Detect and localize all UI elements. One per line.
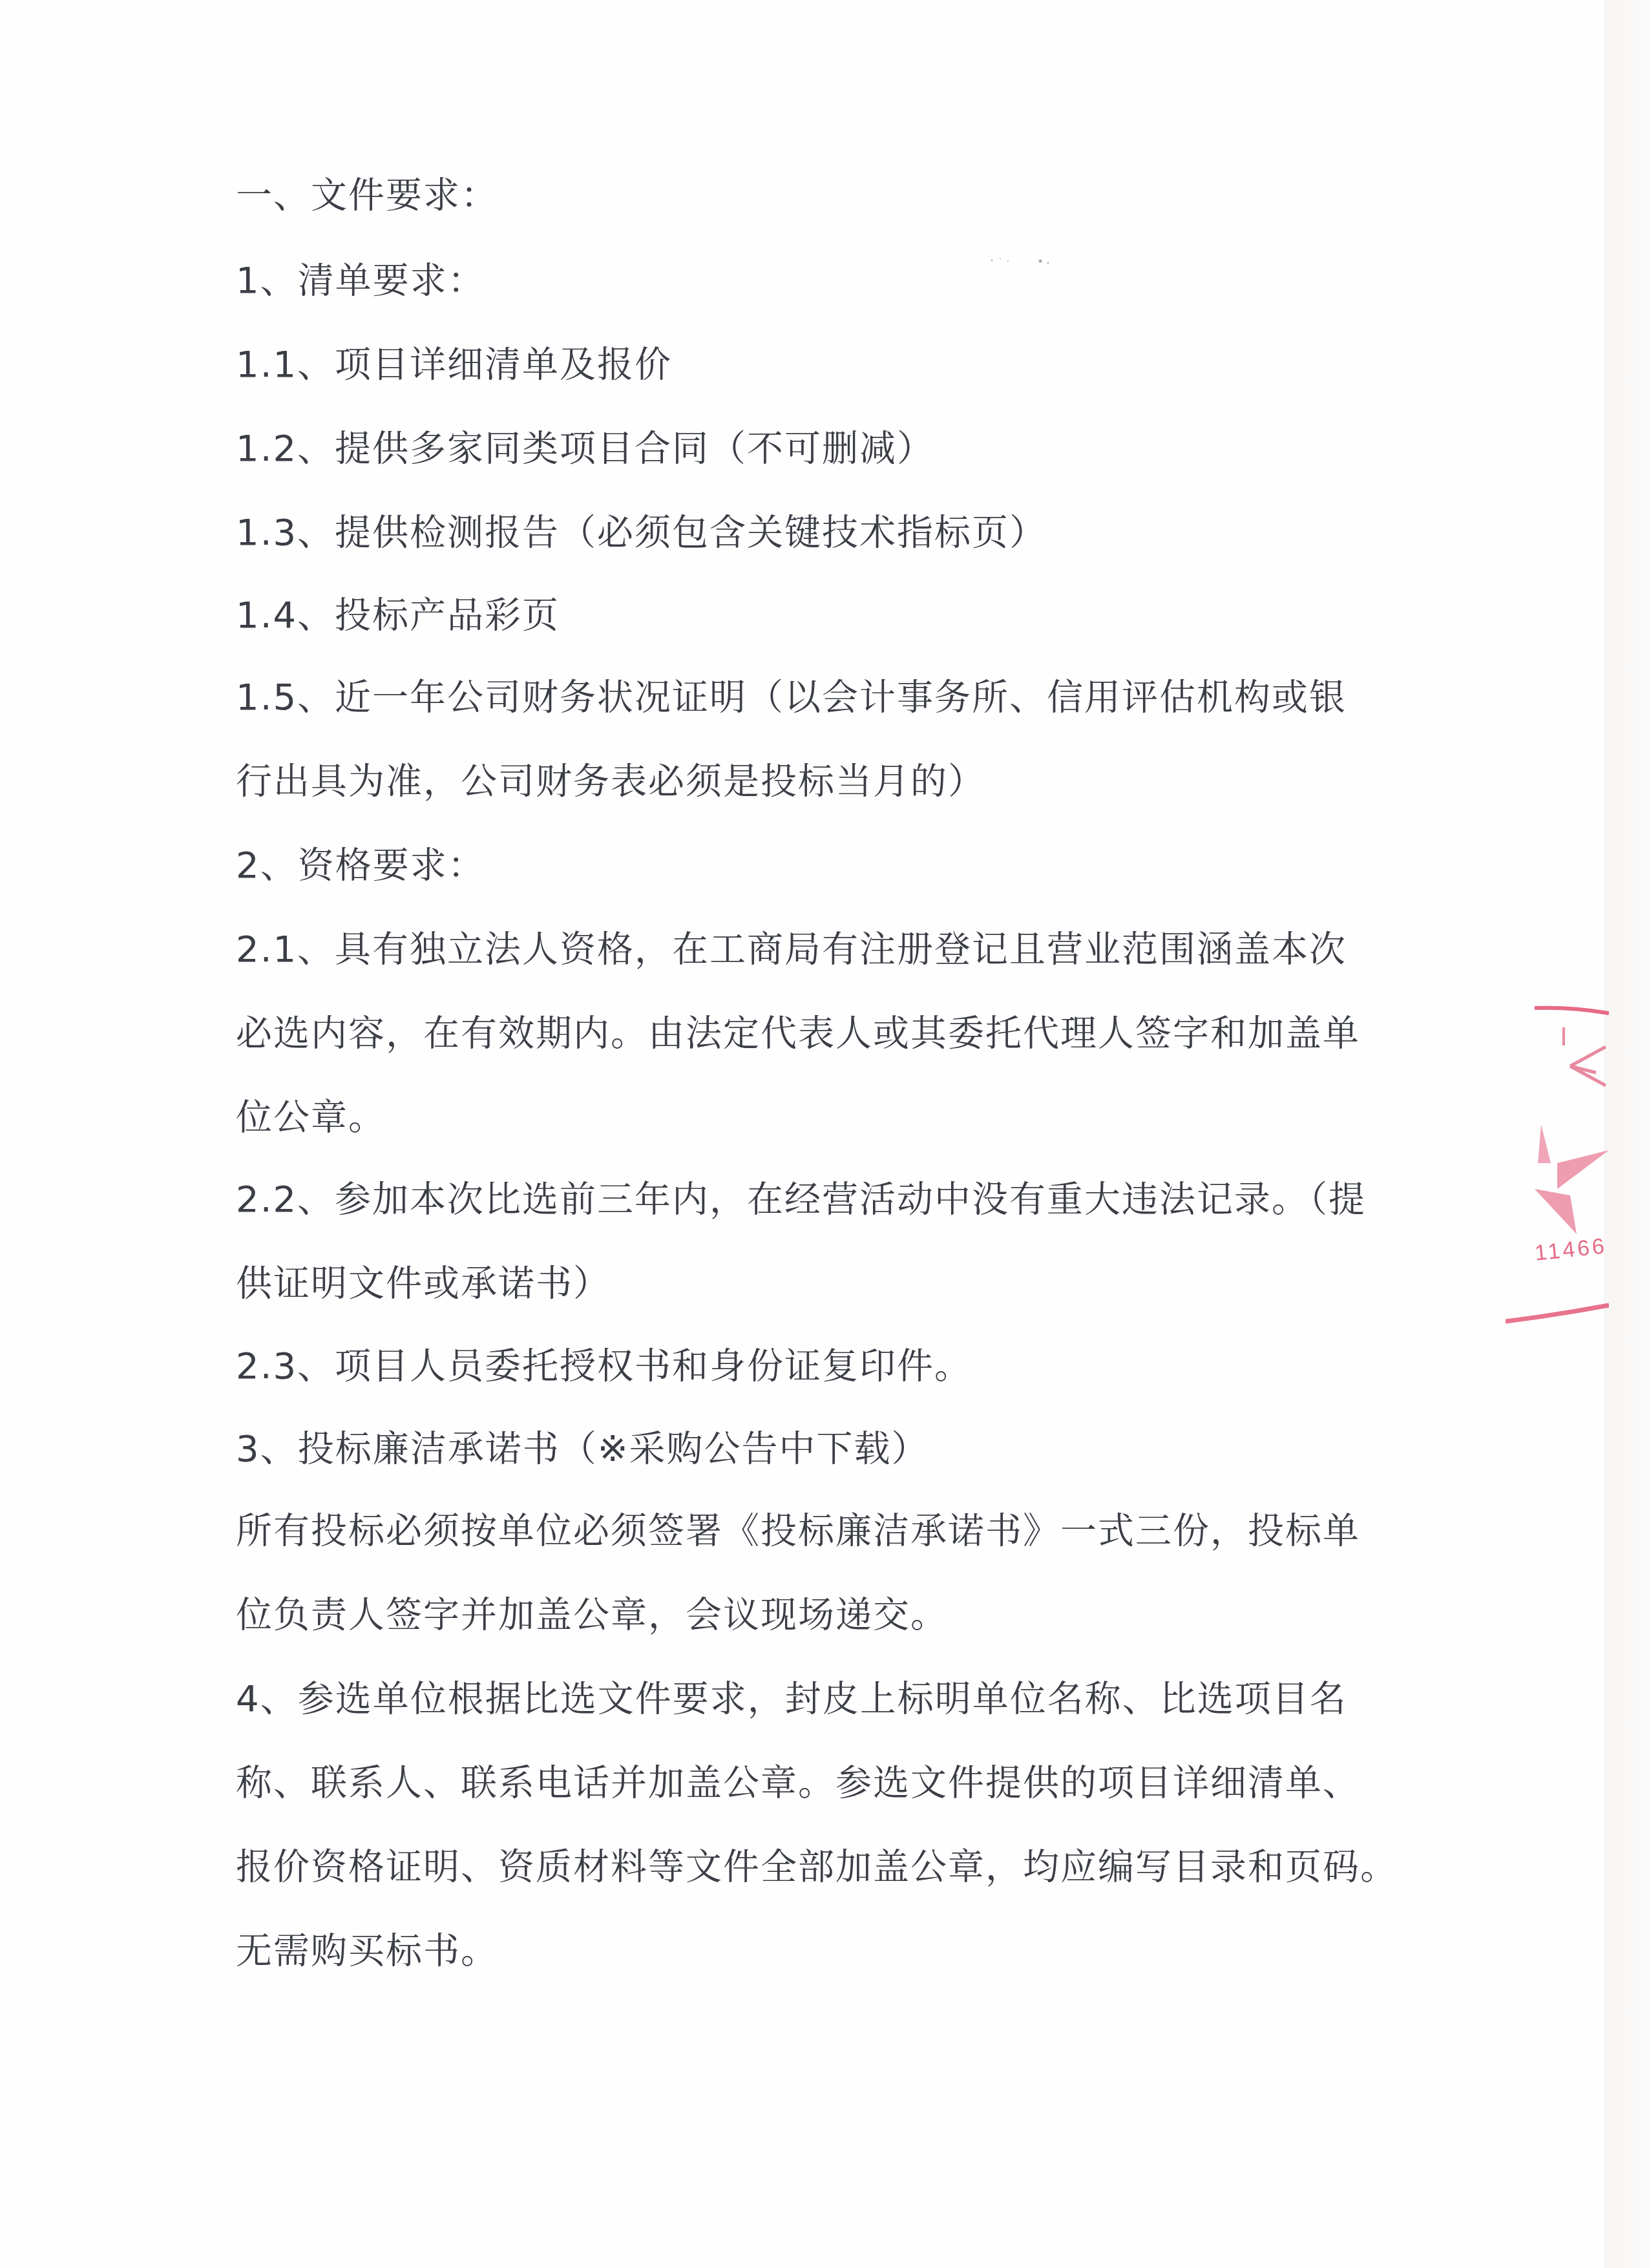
partial-red-stamp-icon <box>1506 995 1609 1331</box>
section-qualification-requirements: 2、资格要求： <box>236 843 485 888</box>
scanned-page: 一、文件要求： 1、清单要求： 1.1、项目详细清单及报价 1.2、提供多家同类… <box>0 0 1649 2268</box>
section-integrity-pledge: 3、投标廉洁承诺书（※采购公告中下载） <box>236 1427 929 1472</box>
item-1-2: 1.2、提供多家同类项目合同（不可删减） <box>236 426 934 472</box>
page-edge-shadow <box>1604 0 1649 2268</box>
pledge-text-line1: 所有投标必须按单位必须签署《投标廉洁承诺书》一式三份，投标单 <box>236 1509 1360 1554</box>
item-2-3: 2.3、项目人员委托授权书和身份证复印件。 <box>236 1344 972 1389</box>
item-4-line3: 报价资格证明、资质材料等文件全部加盖公章，均应编写目录和页码。 <box>236 1845 1398 1890</box>
item-1-5-line2: 行出具为准，公司财务表必须是投标当月的） <box>236 759 985 804</box>
item-2-1-line2: 必选内容，在有效期内。由法定代表人或其委托代理人签字和加盖单 <box>236 1011 1360 1056</box>
item-2-2-line1: 2.2、参加本次比选前三年内，在经营活动中没有重大违法记录。（提 <box>236 1177 1366 1223</box>
item-1-3: 1.3、提供检测报告（必须包含关键技术指标页） <box>236 510 1047 556</box>
scan-speck-marks <box>989 255 1066 268</box>
pledge-text-line2: 位负责人签字并加盖公章，会议现场递交。 <box>236 1593 948 1638</box>
item-1-5-line1: 1.5、近一年公司财务状况证明（以会计事务所、信用评估机构或银 <box>236 675 1347 720</box>
item-4-line1: 4、参选单位根据比选文件要求，封皮上标明单位名称、比选项目名 <box>236 1677 1347 1722</box>
item-2-2-line2: 供证明文件或承诺书） <box>236 1261 611 1307</box>
item-4-line2: 称、联系人、联系电话并加盖公章。参选文件提供的项目详细清单、 <box>236 1761 1360 1806</box>
heading-file-requirements: 一、文件要求： <box>236 173 498 218</box>
item-4-line4: 无需购买标书。 <box>236 1929 498 1974</box>
item-2-1-line1: 2.1、具有独立法人资格，在工商局有注册登记且营业范围涵盖本次 <box>236 927 1347 972</box>
item-2-1-line3: 位公章。 <box>236 1095 386 1140</box>
item-1-4: 1.4、投标产品彩页 <box>236 593 560 638</box>
section-list-requirements: 1、清单要求： <box>236 258 485 304</box>
item-1-1: 1.1、项目详细清单及报价 <box>236 342 672 388</box>
